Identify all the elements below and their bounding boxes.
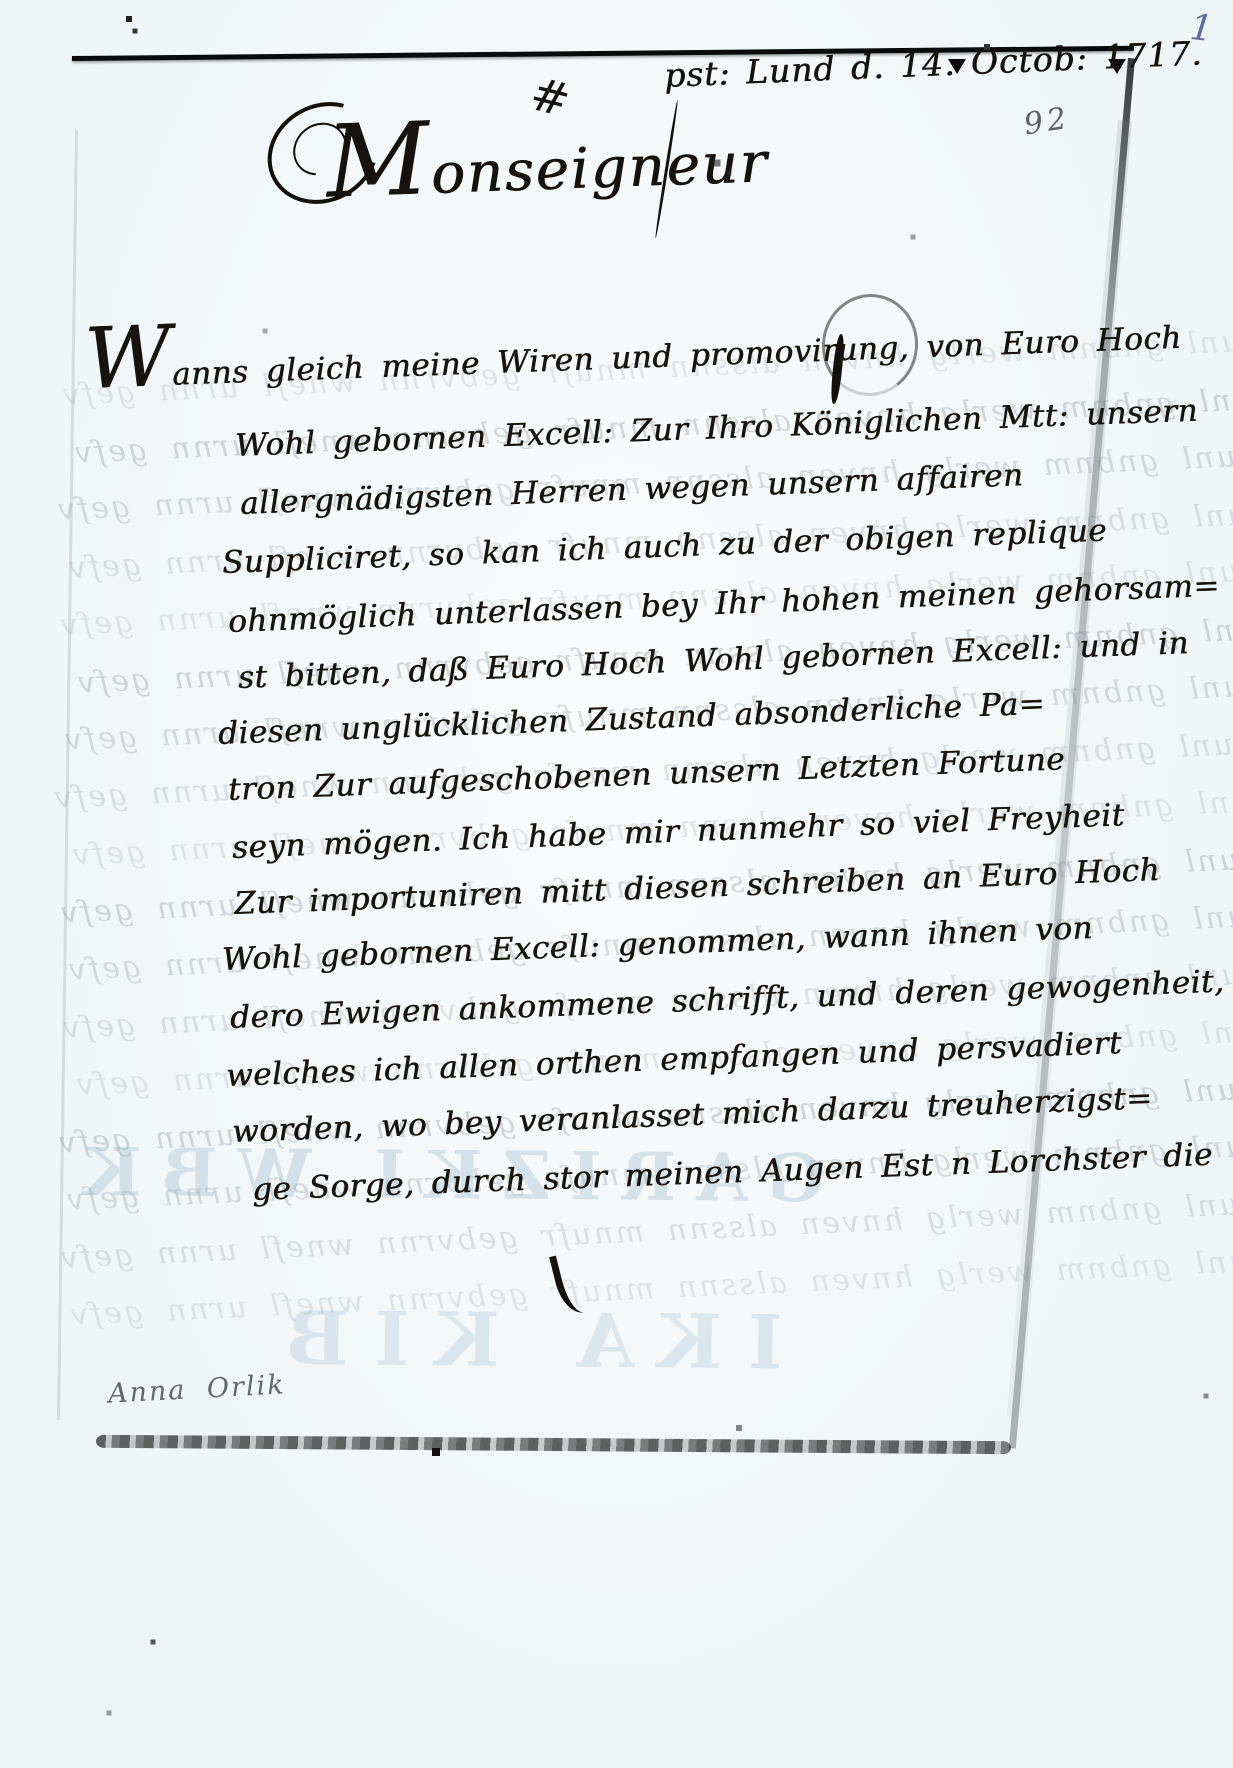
body-line: Wohl gebornen Excell: genommen, wann ihn… <box>221 910 1093 978</box>
scanned-letter-page: meunl gnbnm werlg hnven alssnn mnufr geb… <box>0 0 1233 1768</box>
sheet-left-edge <box>57 130 78 1420</box>
blue-showthrough-bottom: IKA KIB <box>260 1296 783 1387</box>
archive-number: 92 <box>1022 101 1073 143</box>
toner-specks <box>0 0 2 2</box>
annotation-name: Anna Orlik <box>107 1369 286 1409</box>
dateline: pst: Lund d. 14. Octob: 1717. <box>663 33 1203 95</box>
salutation: Monseigneur <box>324 88 770 220</box>
sheet-bottom-edge <box>96 1435 1011 1454</box>
